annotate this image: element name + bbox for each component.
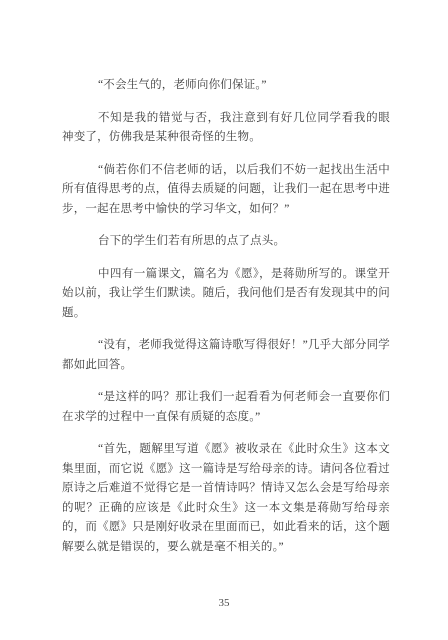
- page-number: 35: [0, 596, 448, 610]
- paragraph: “首先，题解里写道《愿》被收录在《此时众生》这本文集里面，而它说《愿》这一篇诗是…: [62, 440, 390, 557]
- paragraph: “没有，老师我觉得这篇诗歌写得很好！”几乎大部分同学都如此回答。: [62, 336, 390, 375]
- paragraph: “不会生气的，老师向你们保证。”: [62, 76, 390, 96]
- paragraph: “是这样的吗？那让我们一起看看为何老师会一直要你们在求学的过程中一直保有质疑的态…: [62, 388, 390, 427]
- paragraph: 不知是我的错觉与否，我注意到有好几位同学看我的眼神变了，仿佛我是某种很奇怪的生物…: [62, 109, 390, 148]
- paragraph: 台下的学生们若有所思的点了点头。: [62, 232, 390, 252]
- text-content: “不会生气的，老师向你们保证。” 不知是我的错觉与否，我注意到有好几位同学看我的…: [62, 76, 390, 557]
- document-page: “不会生气的，老师向你们保证。” 不知是我的错觉与否，我注意到有好几位同学看我的…: [0, 0, 448, 640]
- paragraph: 中四有一篇课文，篇名为《愿》，是蒋勋所写的。课堂开始以前，我让学生们默读。随后，…: [62, 265, 390, 324]
- paragraph: “倘若你们不信老师的话，以后我们不妨一起找出生活中所有值得思考的点，值得去质疑的…: [62, 161, 390, 220]
